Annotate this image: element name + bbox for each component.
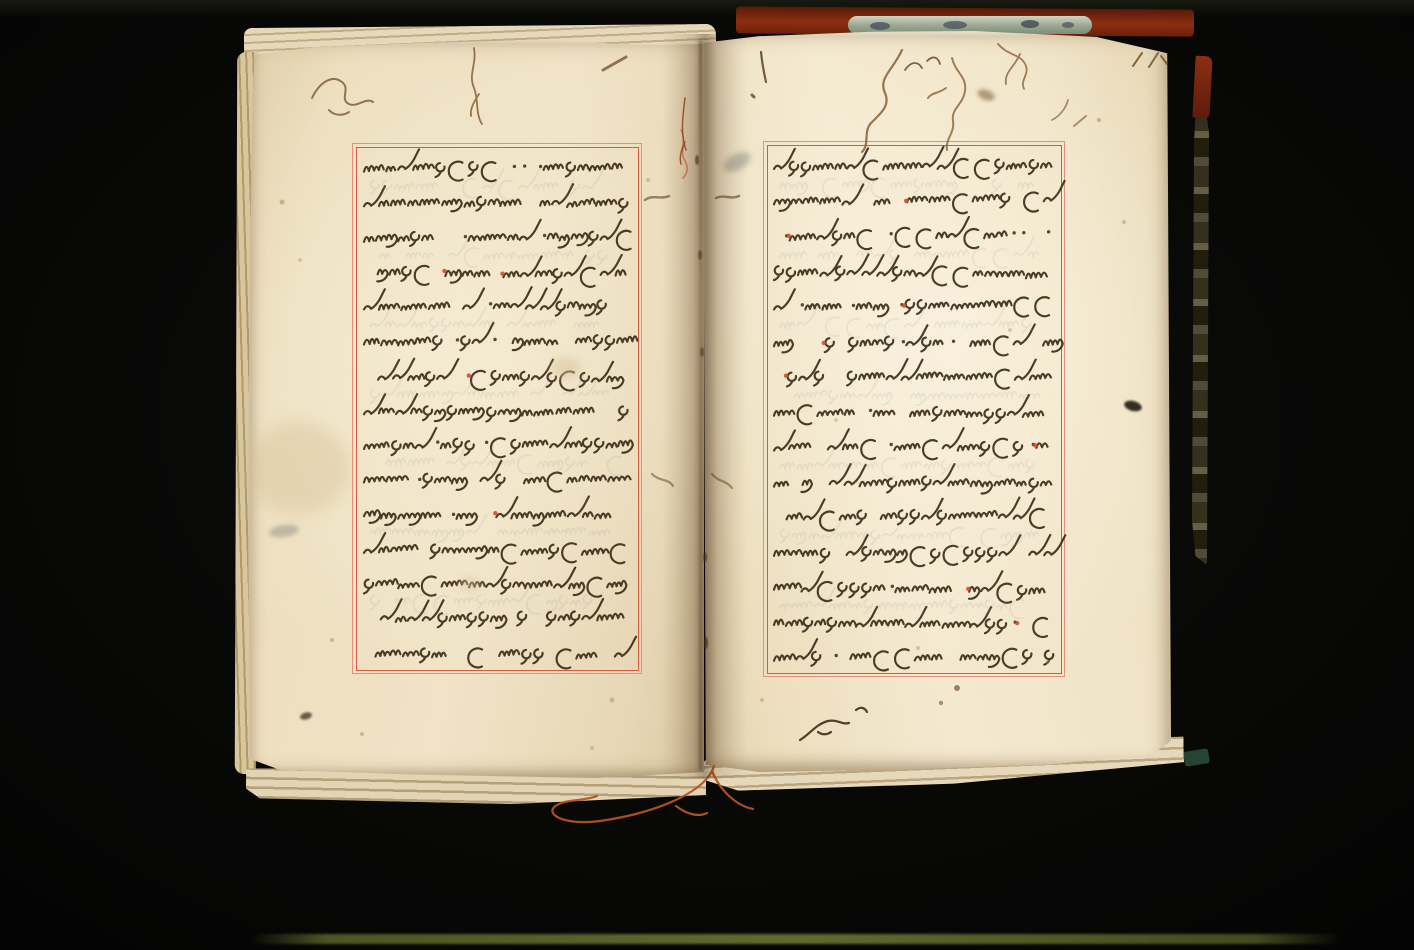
manuscript-photograph: [0, 0, 1414, 950]
fore-edge-mottling: [1192, 110, 1209, 565]
left-text-frame: [352, 143, 642, 674]
right-text-frame: [763, 141, 1065, 677]
manuscript-book: [0, 0, 1414, 950]
cover-edge-right: [1192, 56, 1212, 119]
gutter-crease: [699, 40, 702, 770]
gutter-shadow: [662, 34, 748, 778]
cover-cloth-corner: [1183, 748, 1210, 767]
